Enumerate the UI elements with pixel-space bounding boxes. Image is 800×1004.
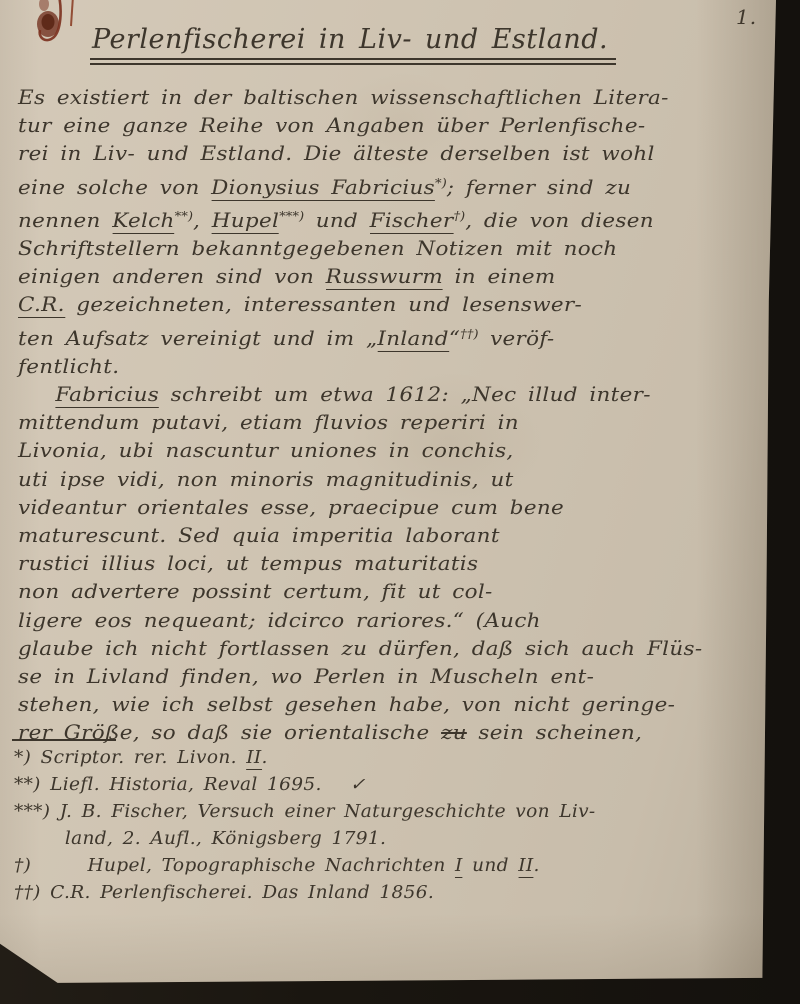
manuscript-line: glaube ich nicht fortlassen zu dürfen, d…: [18, 635, 733, 663]
text-segment: zu: [441, 721, 467, 744]
document-photo-background: 1. Perlenfischerei in Liv- und Estland. …: [0, 0, 800, 1004]
text-segment: Livonia, ubi nascuntur uniones in conchi…: [18, 439, 514, 462]
text-segment: C.R.: [18, 293, 65, 318]
text-segment: ✓: [322, 775, 366, 795]
text-segment: in einem: [443, 265, 555, 288]
text-segment: ††) C.R. Perlenfischerei. Das Inland 185…: [14, 883, 434, 903]
manuscript-line: Fabricius schreibt um etwa 1612: „Nec il…: [18, 381, 733, 409]
manuscript-page: 1. Perlenfischerei in Liv- und Estland. …: [0, 0, 800, 1004]
manuscript-line: fentlicht.: [18, 353, 733, 381]
manuscript-line: ††) C.R. Perlenfischerei. Das Inland 185…: [14, 880, 735, 907]
manuscript-line: uti ipse vidi, non minoris magnitudinis,…: [18, 466, 733, 494]
text-segment: *) Scriptor. rer. Livon.: [14, 748, 246, 768]
manuscript-line: ten Aufsatz vereinigt und im „Inland“††)…: [18, 320, 733, 353]
manuscript-line: tur eine ganze Reihe von Angaben über Pe…: [18, 112, 733, 140]
footnote-mark: ***): [279, 209, 304, 223]
text-segment: II: [246, 748, 261, 770]
manuscript-line: maturescunt. Sed quia imperitia laborant: [18, 522, 733, 550]
text-segment: **) Liefl. Historia, Reval 1695.: [14, 775, 322, 795]
footnote-mark: †): [453, 209, 465, 223]
ink-blot: [26, 0, 98, 56]
manuscript-line: C.R. gezeichneten, interessanten und les…: [18, 291, 733, 319]
text-segment: .: [534, 856, 540, 876]
manuscript-line: Schriftstellern bekanntgegebenen Notizen…: [18, 235, 733, 263]
text-segment: schreibt um etwa 1612: „Nec illud inter-: [159, 383, 651, 406]
text-segment: ligere eos nequeant; idcirco rariores.“ …: [18, 609, 541, 632]
text-segment: se in Livland finden, wo Perlen in Musch…: [18, 665, 594, 688]
text-segment: glaube ich nicht fortlassen zu dürfen, d…: [18, 637, 702, 660]
footnote-separator: [12, 739, 116, 741]
text-segment: , die von diesen: [465, 209, 654, 232]
manuscript-line: land, 2. Aufl., Königsberg 1791.: [14, 826, 735, 853]
manuscript-line: mittendum putavi, etiam fluvios reperiri…: [18, 409, 733, 437]
text-segment: II: [518, 856, 533, 878]
text-segment: ten Aufsatz vereinigt und im „: [18, 327, 377, 350]
text-segment: non advertere possint certum, fit ut col…: [18, 580, 493, 603]
manuscript-line: Livonia, ubi nascuntur uniones in conchi…: [18, 437, 733, 465]
manuscript-line: se in Livland finden, wo Perlen in Musch…: [18, 663, 733, 691]
text-segment: ,: [193, 209, 212, 232]
manuscript-line: stehen, wie ich selbst gesehen habe, von…: [18, 691, 733, 719]
footnote-mark: **): [175, 209, 193, 223]
text-segment: Russwurm: [326, 265, 443, 290]
text-segment: eine solche von: [18, 176, 211, 199]
manuscript-line: eine solche von Dionysius Fabricius*); f…: [18, 169, 733, 202]
manuscript-line: ***) J. B. Fischer, Versuch einer Naturg…: [14, 799, 735, 826]
text-segment: sein scheinen,: [467, 721, 642, 744]
text-segment: land, 2. Aufl., Königsberg 1791.: [65, 829, 386, 849]
manuscript-line: einigen anderen sind von Russwurm in ein…: [18, 263, 733, 291]
body-text: Es existiert in der baltischen wissensch…: [18, 84, 733, 748]
text-segment: Fabricius: [55, 383, 159, 408]
text-segment: Fischer: [370, 209, 454, 234]
text-segment: rustici illius loci, ut tempus maturitat…: [18, 552, 478, 575]
page-title: Perlenfischerei in Liv- und Estland.: [90, 24, 616, 65]
text-segment: “: [449, 327, 460, 350]
text-segment: veröf-: [479, 327, 555, 350]
text-segment: gezeichneten, interessanten und lesenswe…: [65, 293, 582, 316]
text-segment: uti ipse vidi, non minoris magnitudinis,…: [18, 468, 514, 491]
footnote-mark: ††): [460, 327, 478, 341]
text-segment: fentlicht.: [18, 355, 119, 378]
text-segment: Kelch: [112, 209, 174, 234]
text-segment: und: [304, 209, 369, 232]
manuscript-line: videantur orientales esse, praecipue cum…: [18, 494, 733, 522]
text-segment: [31, 856, 87, 876]
manuscript-line: rei in Liv- und Estland. Die älteste der…: [18, 140, 733, 168]
manuscript-line: Es existiert in der baltischen wissensch…: [18, 84, 733, 112]
manuscript-line: non advertere possint certum, fit ut col…: [18, 578, 733, 606]
text-segment: tur eine ganze Reihe von Angaben über Pe…: [18, 114, 645, 137]
manuscript-line: *) Scriptor. rer. Livon. II.: [14, 745, 735, 772]
footnote-mark: *): [435, 176, 447, 190]
text-segment: Schriftstellern bekanntgegebenen Notizen…: [18, 237, 617, 260]
manuscript-line: nennen Kelch**), Hupel***) und Fischer†)…: [18, 202, 733, 235]
manuscript-line: rer Größe, so daß sie orientalische zu s…: [18, 719, 733, 747]
text-segment: †): [14, 856, 31, 876]
page-number: 1.: [736, 5, 757, 29]
text-segment: stehen, wie ich selbst gesehen habe, von…: [18, 693, 675, 716]
text-segment: maturescunt. Sed quia imperitia laborant: [18, 524, 500, 547]
text-segment: Dionysius Fabricius: [211, 176, 435, 201]
text-segment: ; ferner sind zu: [447, 176, 631, 199]
text-segment: mittendum putavi, etiam fluvios reperiri…: [18, 411, 519, 434]
text-segment: einigen anderen sind von: [18, 265, 326, 288]
text-segment: videantur orientales esse, praecipue cum…: [18, 496, 564, 519]
text-segment: nennen: [18, 209, 112, 232]
footnotes: *) Scriptor. rer. Livon. II.**) Liefl. H…: [14, 745, 735, 906]
manuscript-line: ligere eos nequeant; idcirco rariores.“ …: [18, 607, 733, 635]
manuscript-line: **) Liefl. Historia, Reval 1695. ✓: [14, 772, 735, 799]
manuscript-line: †) Hupel, Topographische Nachrichten I u…: [14, 853, 735, 880]
text-segment: Hupel, Topographische Nachrichten: [88, 856, 456, 876]
text-segment: ***) J. B. Fischer, Versuch einer Naturg…: [14, 802, 596, 822]
text-segment: rei in Liv- und Estland. Die älteste der…: [18, 142, 655, 165]
text-segment: Inland: [377, 327, 448, 352]
text-segment: Hupel: [212, 209, 279, 234]
text-segment: und: [463, 856, 519, 876]
manuscript-line: rustici illius loci, ut tempus maturitat…: [18, 550, 733, 578]
text-segment: .: [262, 748, 268, 768]
text-segment: Es existiert in der baltischen wissensch…: [18, 86, 669, 109]
